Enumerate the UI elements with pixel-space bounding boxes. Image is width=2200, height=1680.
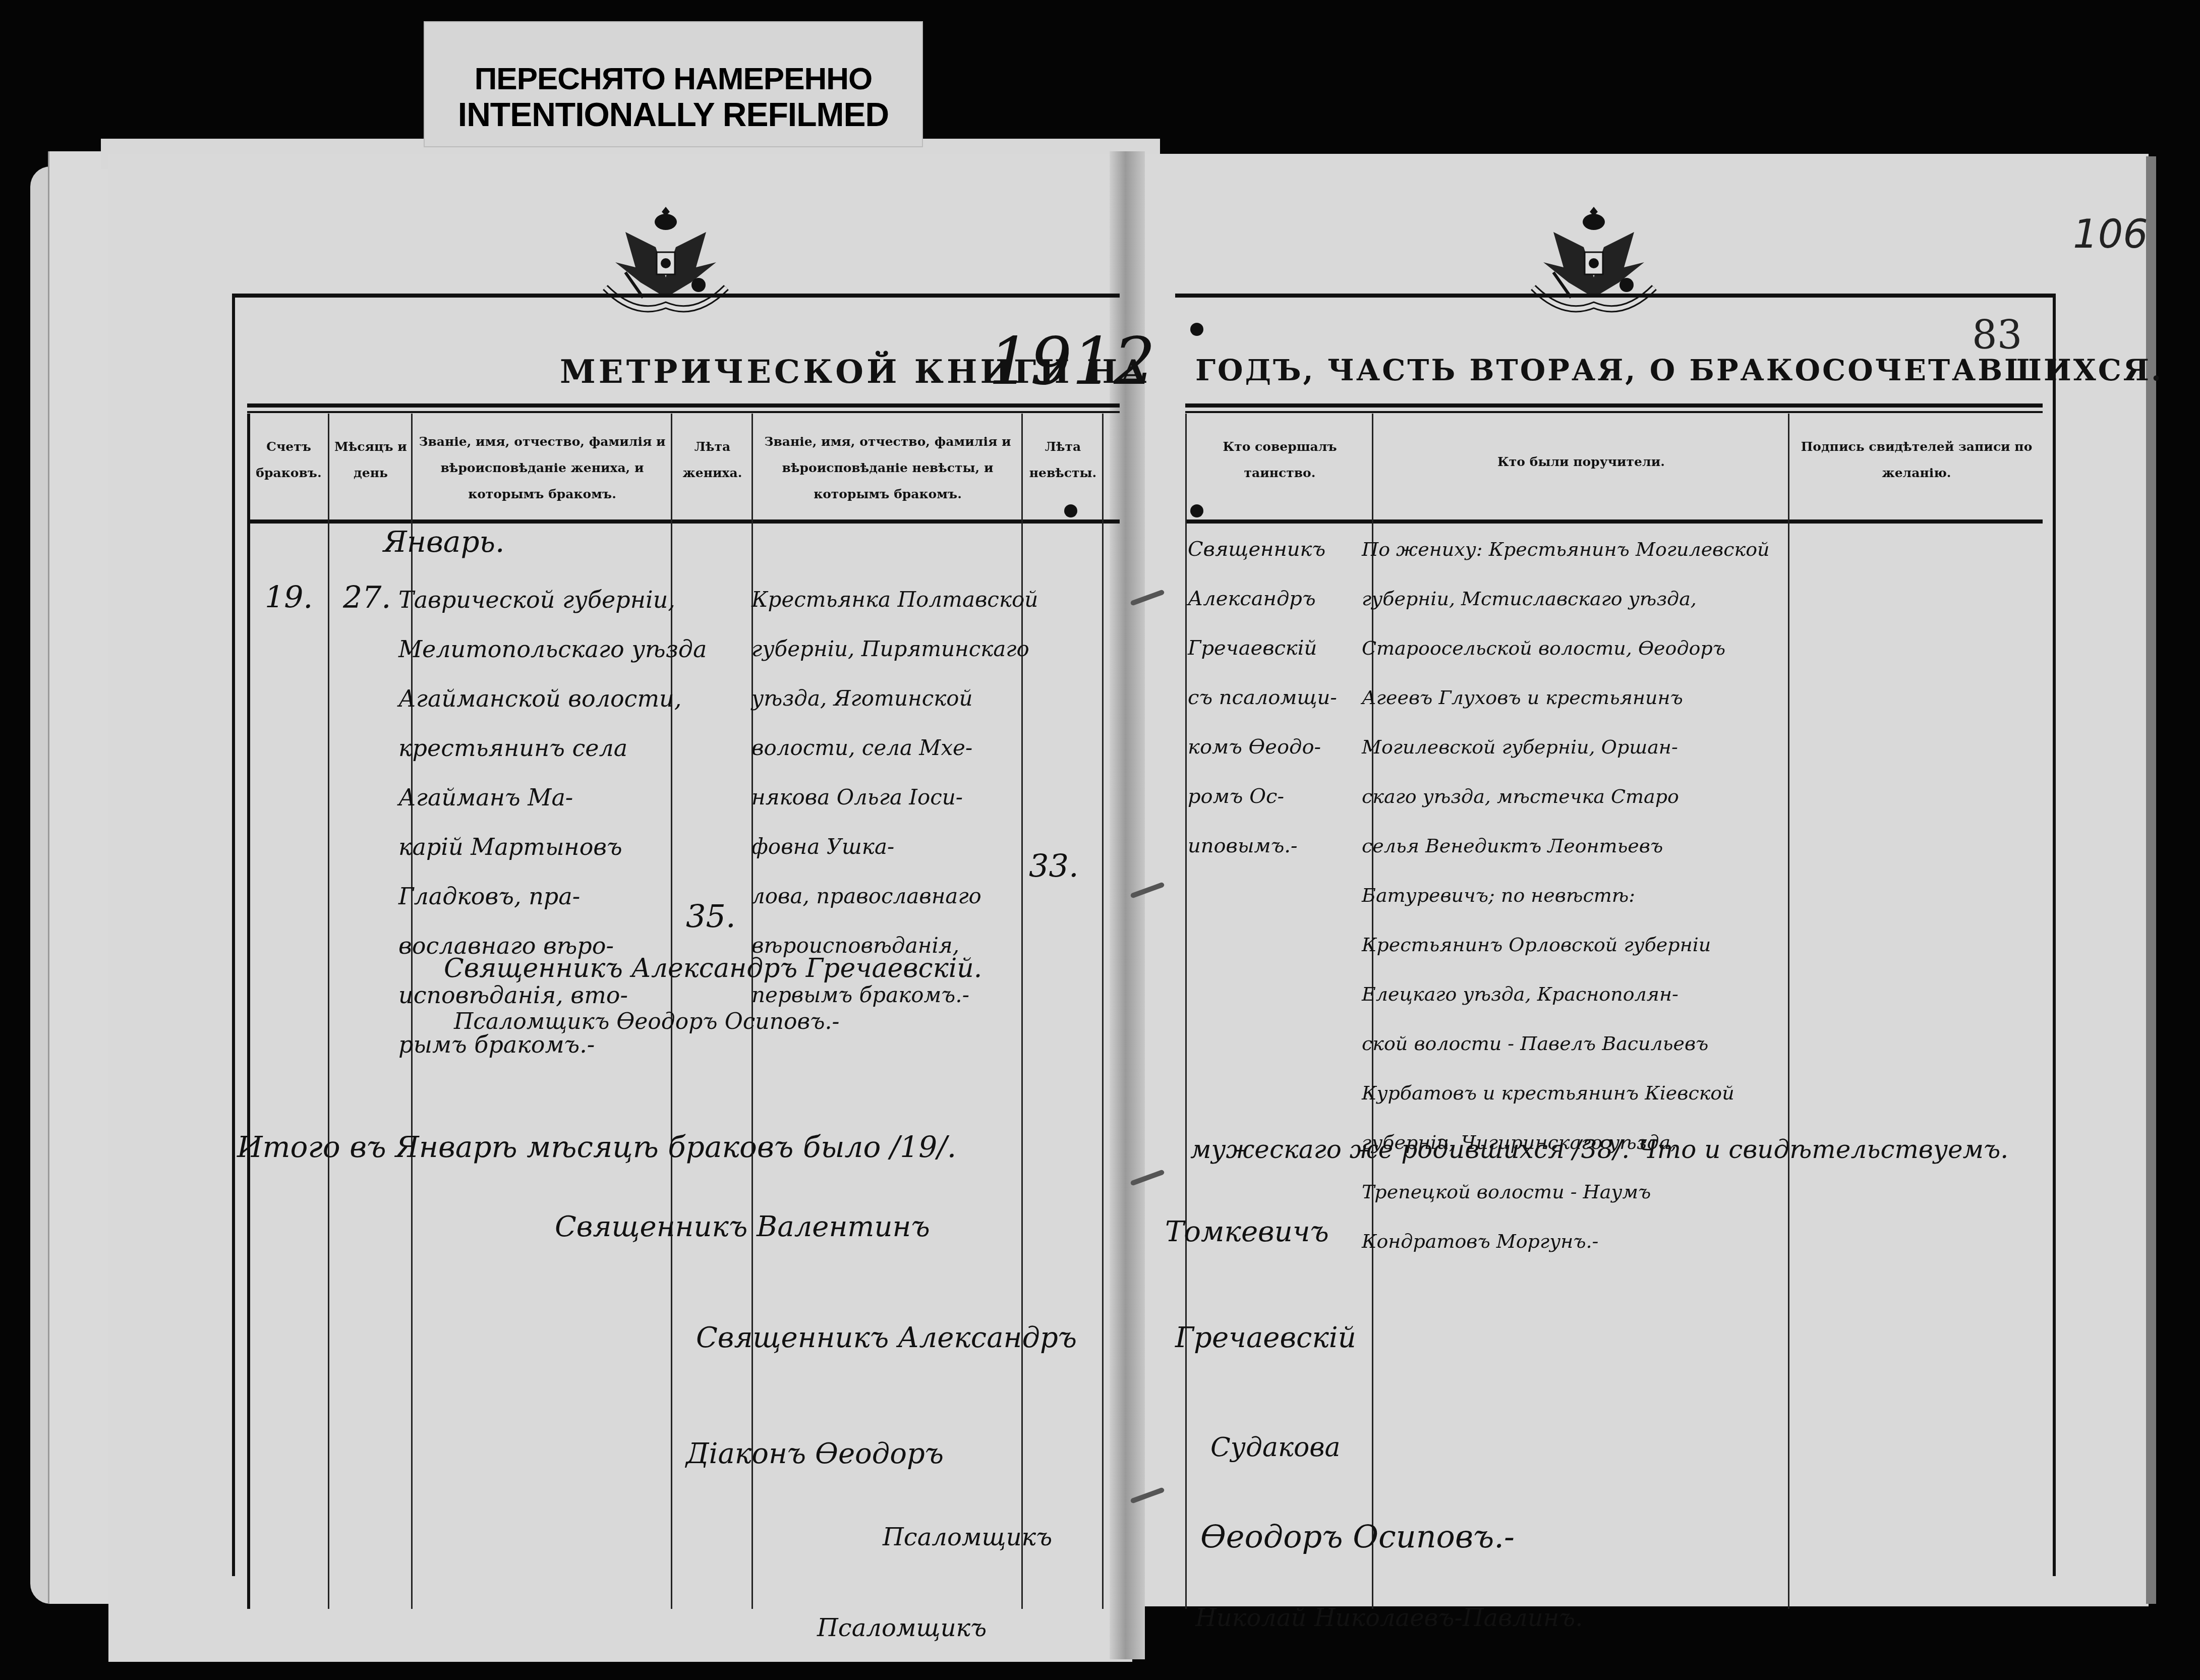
groom-line: карій Мартыновъ — [398, 822, 681, 872]
refilm-notice-russian: ПЕРЕСНЯТО НАМЕРЕННО — [425, 62, 922, 97]
binding-hole — [1190, 323, 1203, 336]
guarantor-line: Елецкаго уѣзда, Краснополян- — [1362, 969, 1806, 1019]
closing-signature: Гречаевскій — [1175, 1321, 1356, 1354]
col-divider — [1102, 414, 1104, 1609]
header-bottom-rule-right — [1185, 519, 2043, 524]
guarantor-line: Трепецкой волости - Наумъ — [1362, 1167, 1806, 1216]
officiant-line: Александръ — [1188, 574, 1379, 623]
record-signature-priest: Священникъ Александръ Гречаевскій. — [444, 953, 982, 983]
column-header-officiant: Кто совершалъ таинство. — [1188, 434, 1372, 486]
guarantor-line: Крестьянинъ Орловской губерніи — [1362, 920, 1806, 969]
header-top-rule-right — [1185, 403, 2043, 408]
closing-signature: Священникъ Валентинъ — [555, 1210, 930, 1243]
groom-line: Мелитопольскаго уѣзда — [398, 624, 681, 674]
closing-signature: Томкевичъ — [1165, 1215, 1329, 1248]
column-header-marriage-count: Счетъ браковъ. — [250, 434, 328, 486]
bride-line: губерніи, Пирятинскаго — [751, 624, 1034, 674]
closing-signature: Ѳеодоръ Осиповъ.- — [1200, 1518, 1515, 1555]
guarantor-line: Курбатовъ и крестьянинъ Кіевской — [1362, 1068, 1806, 1118]
binding-hole — [1064, 504, 1077, 517]
closing-signature: Псаломщикъ — [883, 1523, 1052, 1551]
officiant-line: иповымъ.- — [1188, 821, 1379, 871]
archive-folio-number: 106 — [2073, 212, 2148, 257]
record-day: 27. — [343, 580, 391, 615]
guarantor-line: Агеевъ Глуховъ и крестьянинъ — [1362, 673, 1806, 722]
record-signature-psalmist: Псаломщикъ Ѳеодоръ Осиповъ.- — [454, 1009, 839, 1034]
closing-signature: Судакова — [1210, 1432, 1341, 1463]
printed-page-number: 83 — [1972, 313, 2022, 358]
officiant-line: съ псаломщи- — [1188, 673, 1379, 722]
column-header-guarantors: Кто были поручители. — [1374, 449, 1788, 475]
bride-line: лова, православнаго — [751, 872, 1034, 921]
bride-age: 33. — [1029, 847, 1079, 884]
col-divider — [328, 414, 329, 1609]
bride-line: Крестьянка Полтавской — [751, 575, 1034, 624]
officiant-details: Священникъ Александръ Гречаевскій съ пса… — [1188, 525, 1379, 871]
guarantor-line: губерніи, Мстиславскаго уѣзда, — [1362, 574, 1806, 623]
guarantor-line: скаго уѣзда, мѣстечка Старо — [1362, 772, 1806, 821]
bride-line: уѣзда, Яготинской — [751, 674, 1034, 723]
column-header-groom-age: Лѣта жениха. — [673, 434, 751, 486]
guarantor-line: Староосельской волости, Ѳеодоръ — [1362, 623, 1806, 673]
officiant-line: Священникъ — [1188, 525, 1379, 574]
refilm-notice-english: INTENTIONALLY REFILMED — [425, 97, 922, 132]
closing-signature: Псаломщикъ — [817, 1614, 987, 1642]
refilm-notice-card: ПЕРЕСНЯТО НАМЕРЕННО INTENTIONALLY REFILM… — [424, 21, 923, 147]
record-count: 19. — [265, 580, 313, 615]
groom-line: Агайманъ Ма- — [398, 773, 681, 822]
register-year: 1912 — [989, 323, 1155, 399]
monthly-summary-right: мужескаго же родившихся /38/. Что и свид… — [1190, 1135, 2008, 1164]
closing-signature: Священникъ Александръ — [696, 1321, 1077, 1354]
groom-details: Таврической губерніи, Мелитопольскаго уѣ… — [398, 575, 681, 1069]
guarantor-line: Батуревичъ; по невѣстѣ: — [1362, 871, 1806, 920]
header-top-rule-right-thin — [1185, 411, 2043, 413]
column-header-groom: Званіе, имя, отчество, фамилія и вѣроисп… — [414, 429, 671, 507]
closing-signature: Діаконъ Ѳеодоръ — [686, 1437, 944, 1470]
officiant-line: комъ Ѳеодо- — [1188, 722, 1379, 772]
column-header-witness-signatures: Подпись свидѣтелей записи по желанію. — [1790, 434, 2043, 486]
guarantor-line: селья Венедиктъ Леонтьевъ — [1362, 821, 1806, 871]
bride-line: фовна Ушка- — [751, 822, 1034, 872]
col-divider — [1185, 414, 1187, 1609]
guarantor-line: ской волости - Павелъ Васильевъ — [1362, 1019, 1806, 1068]
record-month: Январь. — [383, 525, 505, 559]
monthly-summary-left: Итого въ Январѣ мѣсяцѣ браковъ было /19/… — [237, 1130, 956, 1164]
header-top-rule-left — [247, 403, 1120, 408]
closing-signature: Николай Николаевъ-Павлинъ. — [1195, 1604, 1583, 1632]
guarantor-line: Могилевской губерніи, Оршан- — [1362, 722, 1806, 772]
column-header-bride-age: Лѣта невѣсты. — [1024, 434, 1102, 486]
groom-line: Таврической губерніи, — [398, 575, 681, 624]
groom-line: крестьянинъ села — [398, 723, 681, 773]
groom-age: 35. — [686, 898, 736, 935]
binding-hole — [1190, 504, 1203, 517]
bride-line: волости, села Мхе- — [751, 723, 1034, 773]
register-title-right: ГОДЪ, ЧАСТЬ ВТОРАЯ, О БРАКОСОЧЕТАВШИХСЯ. — [1195, 353, 2163, 387]
bride-line: някова Ольга Іоси- — [751, 773, 1034, 822]
guarantor-line: По жениху: Крестьянинъ Могилевской — [1362, 525, 1806, 574]
officiant-line: ромъ Ос- — [1188, 772, 1379, 821]
guarantor-line: Кондратовъ Моргунъ.- — [1362, 1216, 1806, 1266]
column-header-bride: Званіе, имя, отчество, фамилія и вѣроисп… — [754, 429, 1021, 507]
groom-line: Агайманской волости, — [398, 674, 681, 723]
column-header-month-day: Мѣсяцъ и день — [330, 434, 411, 486]
officiant-line: Гречаевскій — [1188, 623, 1379, 673]
header-top-rule-left-thin — [247, 411, 1120, 413]
header-bottom-rule-left — [247, 519, 1120, 524]
left-outer-border — [247, 414, 250, 1609]
groom-line: Гладковъ, пра- — [398, 872, 681, 921]
